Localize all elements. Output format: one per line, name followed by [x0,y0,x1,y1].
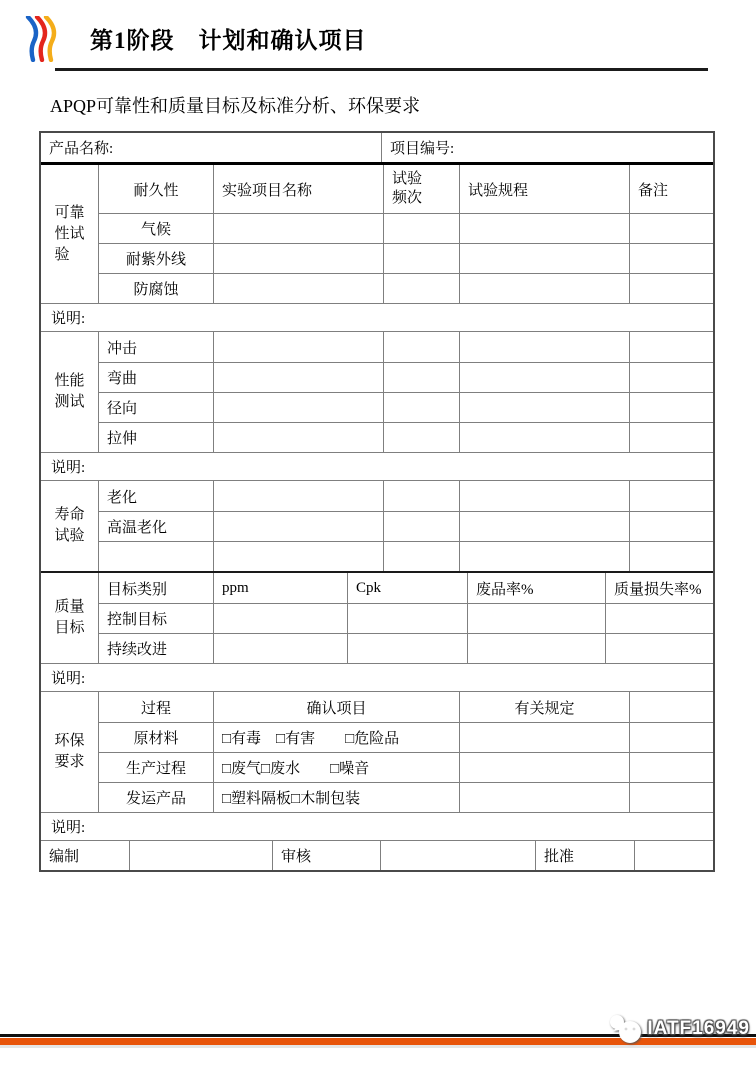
footer-shadow-line [0,1045,756,1048]
empty-cell [629,274,713,303]
empty-cell [129,841,272,870]
approved-by-label: 批准 [535,841,634,870]
empty-cell [459,423,629,452]
reliability-header-row: 耐久性 实验项目名称 试验频次 试验规程 备注 [99,165,713,213]
empty-cell [383,274,459,303]
empty-cell [383,512,459,541]
section-quality: 质量目标 目标类别 ppm Cpk 废品率% 质量损失率% 控制目标 [41,571,713,663]
empty-cell [213,363,383,392]
empty-cell [629,692,713,722]
empty-cell [459,723,629,752]
wave-stroke-yellow [46,17,54,60]
row-label: 耐紫外线 [99,244,213,273]
section-body-performance: 冲击 弯曲 径向 [99,332,713,452]
row-label: 持续改进 [99,634,213,663]
section-label-text: 环保要求 [55,731,85,773]
environment-row-raw-material: 原材料 □有毒 □有害 □危险品 [99,722,713,752]
empty-cell [383,542,459,571]
empty-cell [629,753,713,782]
page-title: 第1阶段 计划和确认项目 [90,22,367,55]
empty-cell [459,542,629,571]
empty-cell [213,244,383,273]
empty-cell [347,634,467,663]
chat-bubble-icon [608,1013,644,1045]
row-label [99,542,213,571]
empty-cell [629,481,713,511]
header-durability: 耐久性 [99,165,213,213]
page-header: 第1阶段 计划和确认项目 [24,16,367,62]
performance-row-bending: 弯曲 [99,362,713,392]
empty-cell [629,244,713,273]
empty-cell [213,604,347,633]
row-label: 高温老化 [99,512,213,541]
empty-cell [629,723,713,752]
empty-cell [467,604,605,633]
checkbox-items: □有毒 □有害 □危险品 [213,723,459,752]
empty-cell [213,634,347,663]
empty-cell [347,604,467,633]
empty-cell [459,512,629,541]
empty-cell [629,393,713,422]
empty-cell [380,841,535,870]
empty-cell [459,363,629,392]
prepared-by-label: 编制 [41,841,129,870]
section-label-reliability: 可靠性试验 [41,165,99,303]
empty-cell [459,244,629,273]
row-label: 弯曲 [99,363,213,392]
note-label: 说明: [41,453,713,480]
empty-cell [629,542,713,571]
quality-row-control-target: 控制目标 [99,603,713,633]
waves-logo-icon [24,16,64,62]
row-label: 发运产品 [99,783,213,812]
row-label: 气候 [99,214,213,243]
empty-cell [467,634,605,663]
section-label-performance: 性能测试 [41,332,99,452]
empty-cell [459,393,629,422]
header-underline [55,68,708,71]
empty-cell [629,423,713,452]
empty-cell [383,363,459,392]
note-row-1: 说明: [41,303,713,331]
header-related-rules: 有关规定 [459,692,629,722]
row-label: 拉伸 [99,423,213,452]
note-row-4: 说明: [41,812,713,840]
face-dot-left [625,1028,628,1031]
empty-cell [213,542,383,571]
empty-cell [213,214,383,243]
empty-cell [383,332,459,362]
watermark: IATF16949 [608,1013,750,1045]
empty-cell [213,274,383,303]
environment-row-shipping: 发运产品 □塑料隔板□木制包装 [99,782,713,812]
life-row-blank [99,541,713,571]
section-label-text: 可靠性试验 [55,203,85,266]
row-label: 径向 [99,393,213,422]
section-label-text: 质量目标 [55,597,85,639]
life-row-high-temp-aging: 高温老化 [99,511,713,541]
wave-stroke-red [37,17,45,60]
quality-row-continuous-improvement: 持续改进 [99,633,713,663]
empty-cell [213,512,383,541]
empty-cell [605,604,713,633]
section-label-text: 性能测试 [55,371,85,413]
checkbox-items: □塑料隔板□木制包装 [213,783,459,812]
environment-row-production: 生产过程 □废气□废水 □噪音 [99,752,713,782]
life-row-aging: 老化 [99,481,713,511]
section-label-life: 寿命试验 [41,481,99,571]
title-row: 产品名称: 项目编号: [41,133,713,162]
empty-cell [459,332,629,362]
empty-cell [459,783,629,812]
header-scrap-rate: 废品率% [467,573,605,603]
section-body-reliability: 耐久性 实验项目名称 试验频次 试验规程 备注 气候 耐紫外线 [99,165,713,303]
note-row-2: 说明: [41,452,713,480]
watermark-text: IATF16949 [647,1018,750,1040]
section-environment: 环保要求 过程 确认项目 有关规定 原材料 □有毒 □有害 □危险品 生产过程 [41,691,713,812]
empty-cell [213,332,383,362]
note-row-3: 说明: [41,663,713,691]
row-label: 原材料 [99,723,213,752]
empty-cell [213,481,383,511]
header-cpk: Cpk [347,573,467,603]
empty-cell [459,481,629,511]
empty-cell [383,393,459,422]
empty-cell [634,841,713,870]
empty-cell [605,634,713,663]
performance-row-impact: 冲击 [99,332,713,362]
project-no-cell: 项目编号: [381,133,713,162]
row-label: 防腐蚀 [99,274,213,303]
empty-cell [629,512,713,541]
empty-cell [383,214,459,243]
checkbox-items: □废气□废水 □噪音 [213,753,459,782]
header-test-frequency: 试验频次 [383,165,459,213]
note-label: 说明: [41,813,713,840]
empty-cell [383,481,459,511]
note-label: 说明: [41,304,713,331]
row-label: 老化 [99,481,213,511]
reliability-row-anticorrosion: 防腐蚀 [99,273,713,303]
row-label: 控制目标 [99,604,213,633]
section-body-quality: 目标类别 ppm Cpk 废品率% 质量损失率% 控制目标 持续改进 [99,573,713,663]
signoff-row: 编制 审核 批准 [41,840,713,870]
header-remarks: 备注 [629,165,713,213]
empty-cell [459,274,629,303]
empty-cell [213,423,383,452]
empty-cell [459,214,629,243]
note-label: 说明: [41,664,713,691]
section-label-environment: 环保要求 [41,692,99,812]
reviewed-by-label: 审核 [272,841,380,870]
header-test-procedure: 试验规程 [459,165,629,213]
empty-cell [629,783,713,812]
section-performance: 性能测试 冲击 弯曲 径向 [41,331,713,452]
face-dot-right [633,1028,636,1031]
slide-page: 第1阶段 计划和确认项目 APQP可靠性和质量目标及标准分析、环保要求 产品名称… [0,0,756,1070]
reliability-row-climate: 气候 [99,213,713,243]
section-reliability: 可靠性试验 耐久性 实验项目名称 试验频次 试验规程 备注 气候 [41,162,713,303]
row-label: 冲击 [99,332,213,362]
empty-cell [629,363,713,392]
empty-cell [213,393,383,422]
empty-cell [383,244,459,273]
row-label: 生产过程 [99,753,213,782]
reliability-row-uv: 耐紫外线 [99,243,713,273]
empty-cell [629,214,713,243]
header-test-item-name: 实验项目名称 [213,165,383,213]
page-subtitle: APQP可靠性和质量目标及标准分析、环保要求 [50,92,420,118]
section-body-life: 老化 高温老化 [99,481,713,571]
empty-cell [383,423,459,452]
empty-cell [629,332,713,362]
section-body-environment: 过程 确认项目 有关规定 原材料 □有毒 □有害 □危险品 生产过程 □废气□废… [99,692,713,812]
apqp-form-table: 产品名称: 项目编号: 可靠性试验 耐久性 实验项目名称 试验频次 试验规程 备… [39,131,715,872]
product-name-cell: 产品名称: [41,133,381,162]
performance-row-tensile: 拉伸 [99,422,713,452]
section-label-quality: 质量目标 [41,573,99,663]
header-goal-category: 目标类别 [99,573,213,603]
wave-stroke-blue [28,17,36,60]
header-quality-loss-rate: 质量损失率% [605,573,713,603]
performance-row-radial: 径向 [99,392,713,422]
section-label-text: 寿命试验 [55,505,85,547]
empty-cell [459,753,629,782]
header-confirm-items: 确认项目 [213,692,459,722]
section-life: 寿命试验 老化 高温老化 [41,480,713,571]
big-bubble [619,1021,641,1043]
header-ppm: ppm [213,573,347,603]
quality-header-row: 目标类别 ppm Cpk 废品率% 质量损失率% [99,573,713,603]
header-process: 过程 [99,692,213,722]
environment-header-row: 过程 确认项目 有关规定 [99,692,713,722]
